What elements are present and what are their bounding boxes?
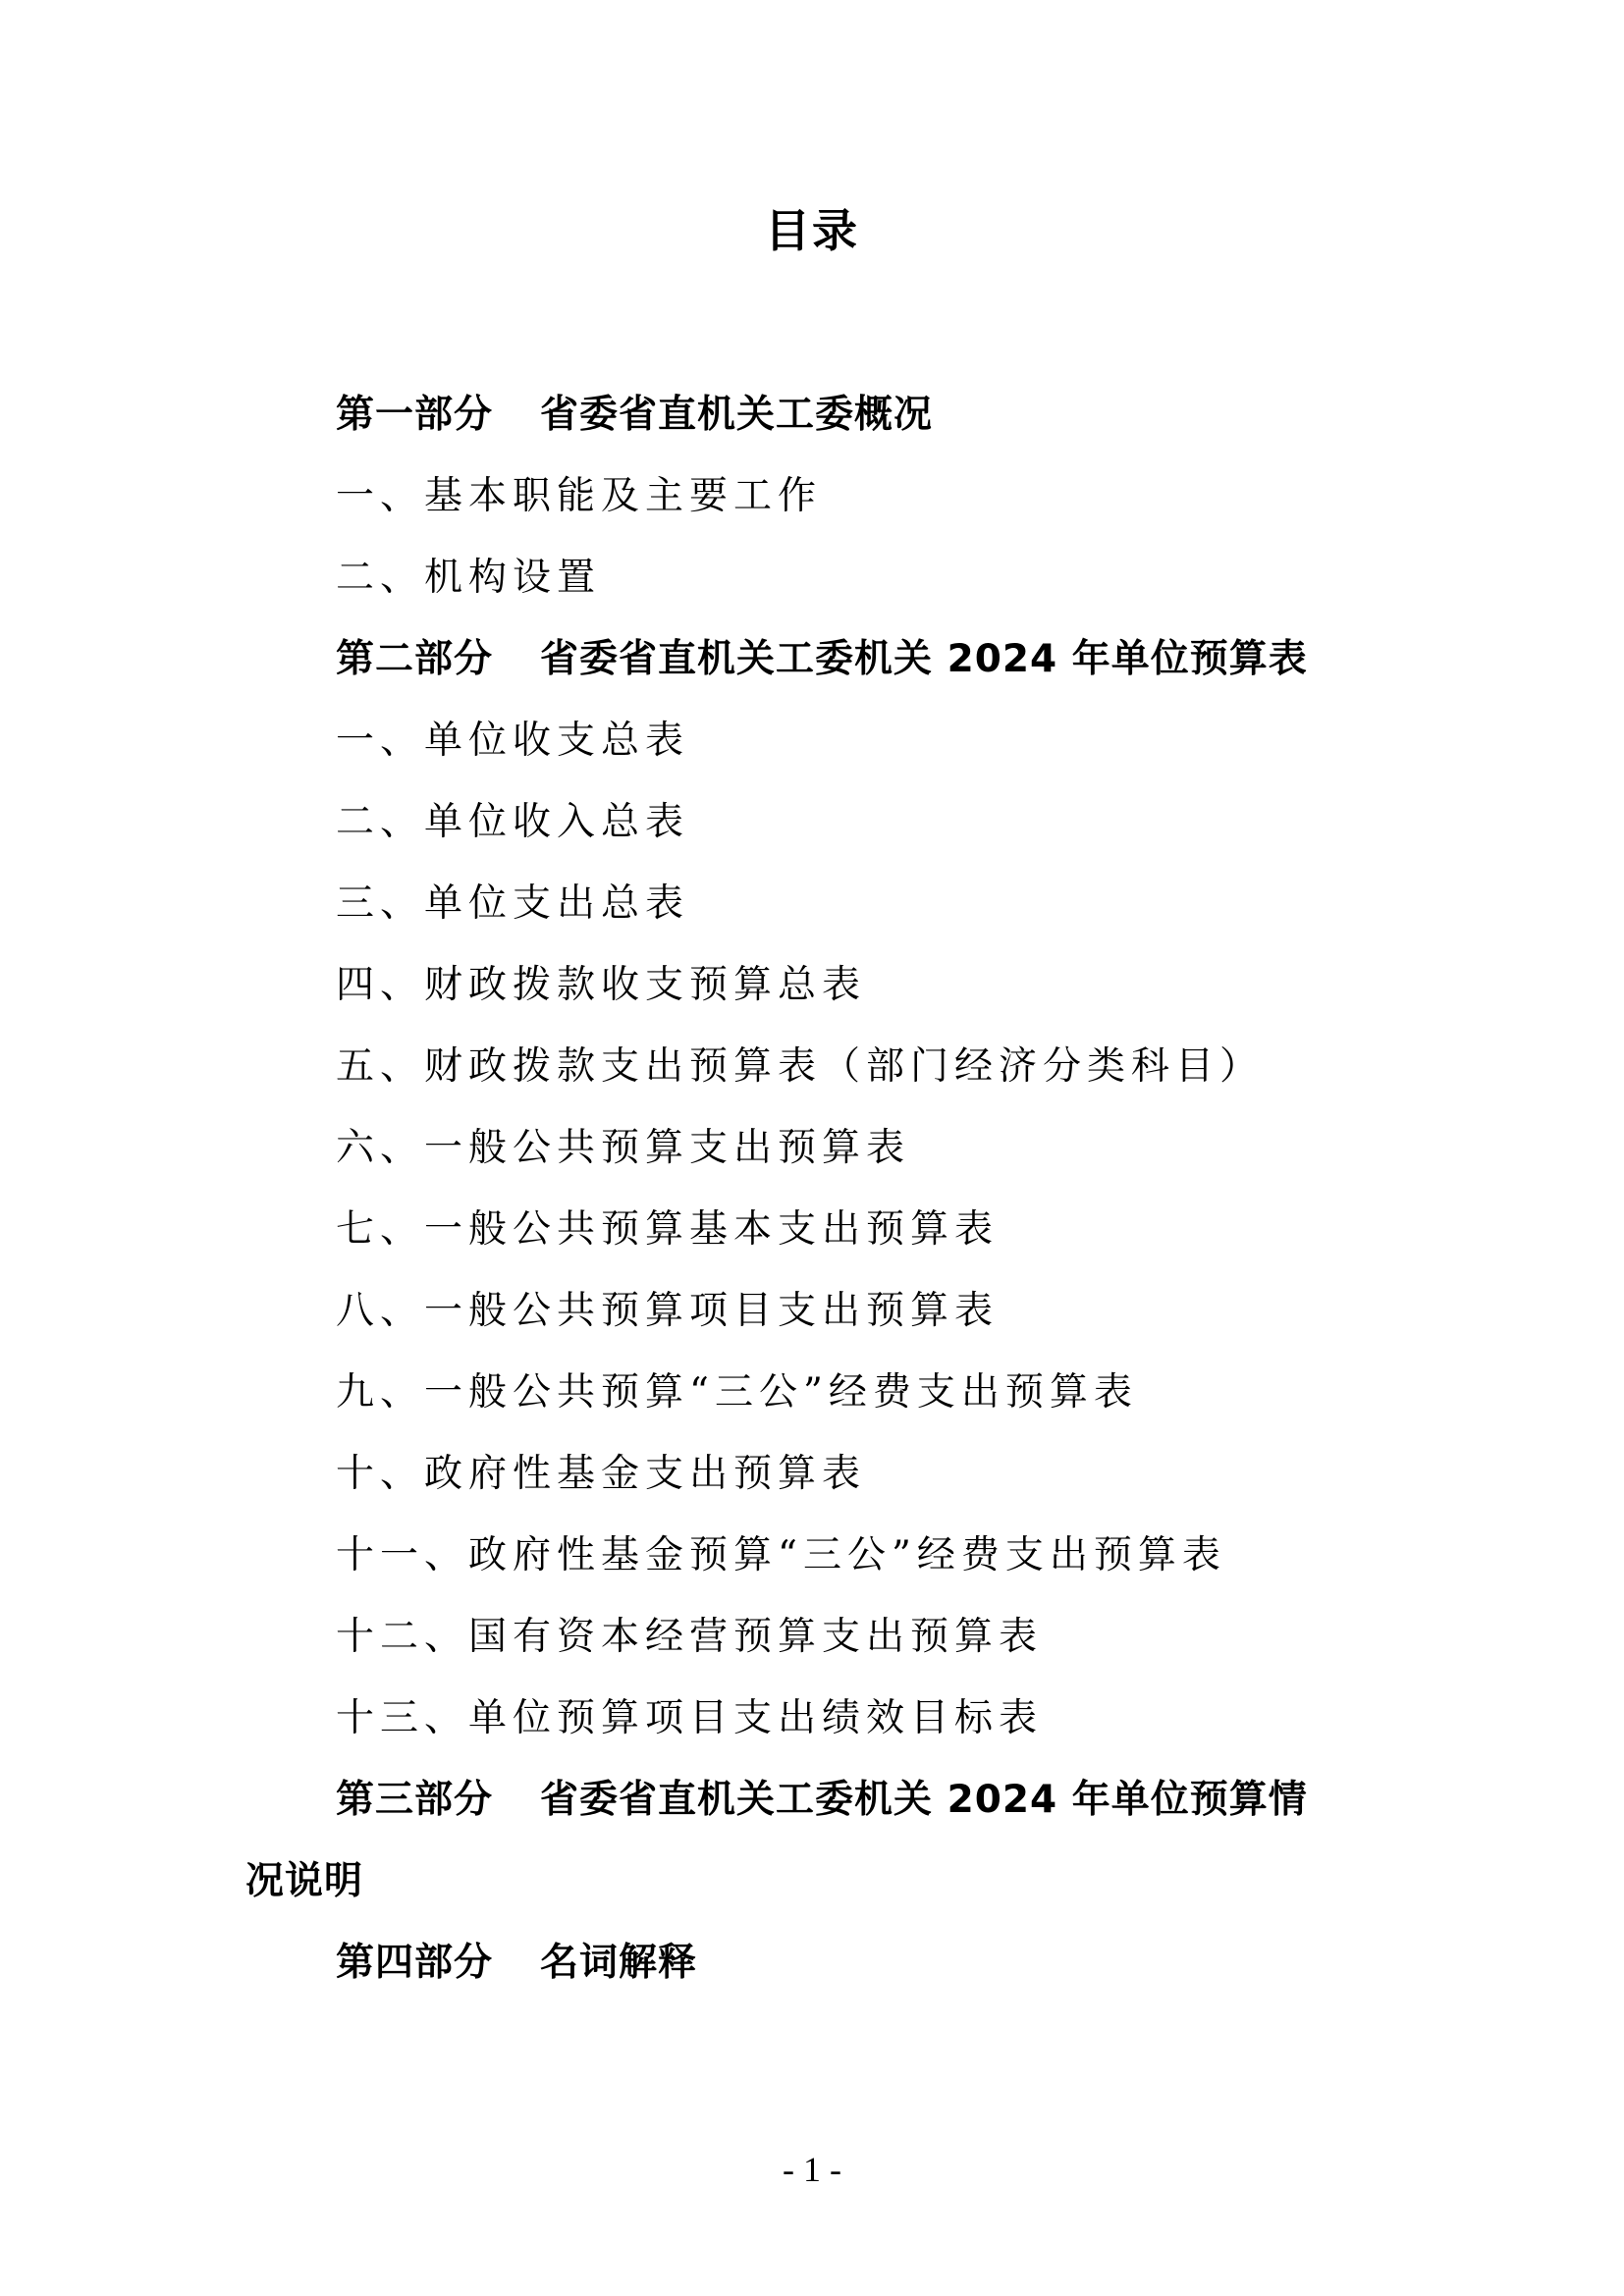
toc-part-1[interactable]: 第一部分省委省直机关工委概况 bbox=[336, 388, 933, 443]
toc-item-2-11[interactable]: 十一、政府性基金预算“三公”经费支出预算表 bbox=[336, 1528, 1226, 1583]
toc-title: 目录 bbox=[0, 201, 1624, 260]
toc-item-2-6[interactable]: 六、一般公共预算支出预算表 bbox=[336, 1121, 910, 1176]
toc-part-2[interactable]: 第二部分省委省直机关工委机关 2024 年单位预算表 bbox=[336, 632, 1308, 687]
toc-item-2-7[interactable]: 七、一般公共预算基本支出预算表 bbox=[336, 1202, 999, 1257]
part-title: 名词解释 bbox=[540, 1941, 697, 1985]
part-label: 第二部分 bbox=[336, 637, 493, 681]
toc-item-2-13[interactable]: 十三、单位预算项目支出绩效目标表 bbox=[336, 1691, 1043, 1746]
toc-part-4[interactable]: 第四部分名词解释 bbox=[336, 1936, 697, 1991]
part-label: 第四部分 bbox=[336, 1941, 493, 1985]
part-title: 省委省直机关工委概况 bbox=[540, 393, 933, 437]
toc-item-1-2[interactable]: 二、机构设置 bbox=[336, 551, 601, 606]
part-title: 省委省直机关工委机关 2024 年单位预算表 bbox=[540, 637, 1308, 681]
document-page: 目录 第一部分省委省直机关工委概况 一、基本职能及主要工作 二、机构设置 第二部… bbox=[0, 0, 1624, 2296]
toc-item-2-4[interactable]: 四、财政拨款收支预算总表 bbox=[336, 958, 866, 1013]
toc-item-2-5[interactable]: 五、财政拨款支出预算表（部门经济分类科目） bbox=[336, 1040, 1264, 1095]
part-title: 省委省直机关工委机关 2024 年单位预算情 bbox=[540, 1778, 1308, 1822]
toc-item-2-10[interactable]: 十、政府性基金支出预算表 bbox=[336, 1447, 866, 1502]
toc-part-3-continuation[interactable]: 况说明 bbox=[245, 1854, 363, 1909]
toc-item-2-9[interactable]: 九、一般公共预算“三公”经费支出预算表 bbox=[336, 1365, 1138, 1420]
toc-item-2-12[interactable]: 十二、国有资本经营预算支出预算表 bbox=[336, 1610, 1043, 1665]
toc-item-2-1[interactable]: 一、单位收支总表 bbox=[336, 714, 689, 769]
toc-item-2-8[interactable]: 八、一般公共预算项目支出预算表 bbox=[336, 1284, 999, 1339]
toc-part-3[interactable]: 第三部分省委省直机关工委机关 2024 年单位预算情 bbox=[336, 1773, 1308, 1828]
toc-item-2-2[interactable]: 二、单位收入总表 bbox=[336, 795, 689, 850]
toc-item-1-1[interactable]: 一、基本职能及主要工作 bbox=[336, 469, 822, 524]
part-label: 第三部分 bbox=[336, 1778, 493, 1822]
part-label: 第一部分 bbox=[336, 393, 493, 437]
page-number: - 1 - bbox=[0, 2148, 1624, 2191]
toc-item-2-3[interactable]: 三、单位支出总表 bbox=[336, 877, 689, 932]
